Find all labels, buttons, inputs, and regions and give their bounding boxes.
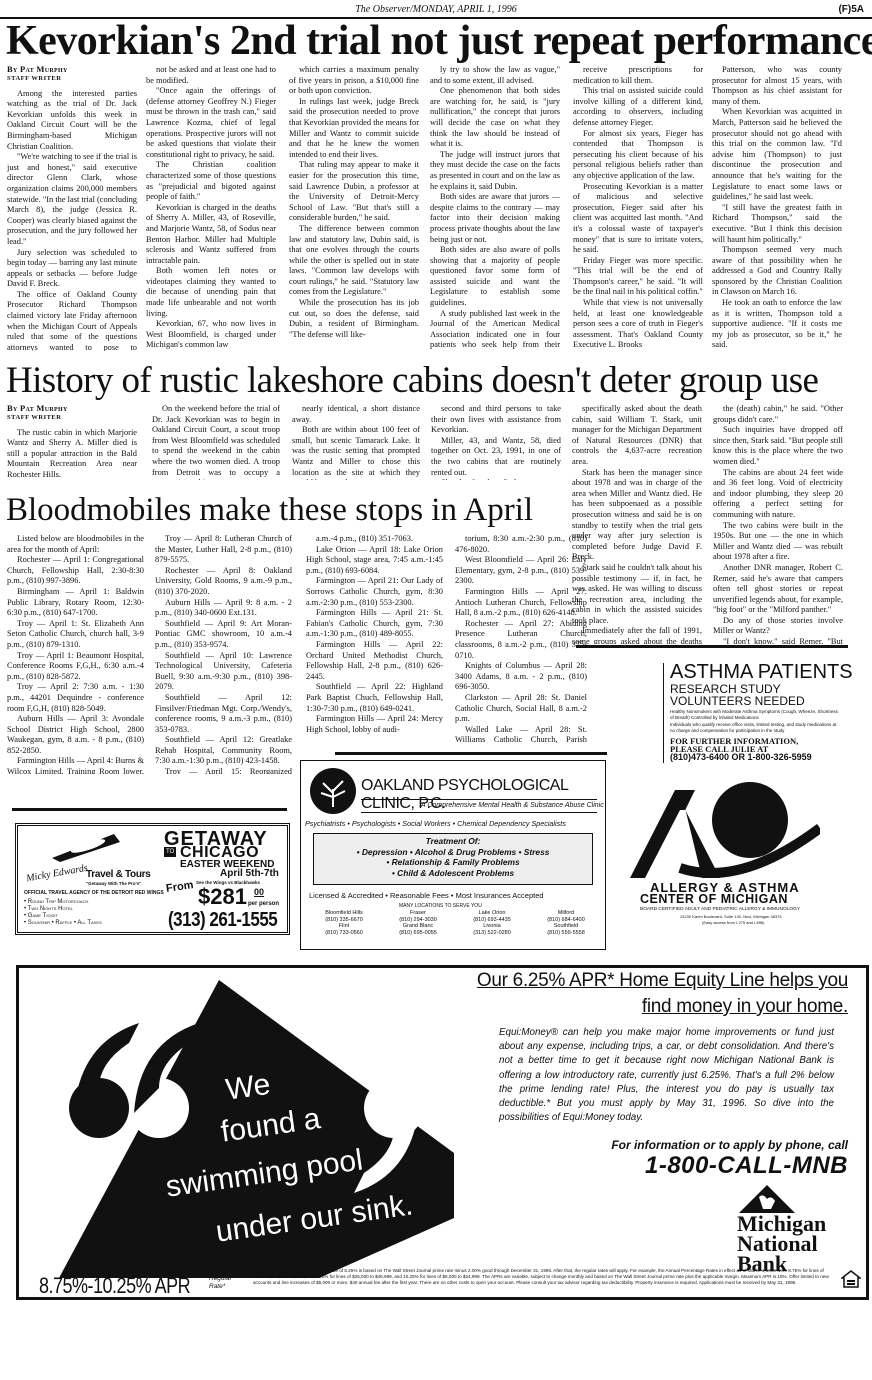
story1-col5: receive prescriptions for medication to … xyxy=(573,65,703,351)
story1-col1: By Pat Murphy STAFF WRITER Among the int… xyxy=(7,65,137,351)
clinic-locations-label: MANY LOCATIONS TO SERVE YOU xyxy=(399,903,482,909)
story1-headline: Kevorkian's 2nd trial not just repeat pe… xyxy=(6,20,872,62)
article-paragraph: second and third persons to take their o… xyxy=(431,404,561,436)
clinic-locations: Bloomfield Hills(810) 335-6670Fraser(810… xyxy=(307,910,603,936)
quote-line: We xyxy=(224,1070,272,1106)
article-paragraph: Patterson, who was county prosecutor for… xyxy=(712,65,842,107)
ad-oakland-clinic[interactable]: OAKLAND PSYCHOLOGICAL CLINIC, P.C. A Com… xyxy=(300,760,606,950)
getaway-dates: April 5th-7th xyxy=(220,869,279,879)
article-paragraph: Walled Lake — April 28: St. Williams Cat… xyxy=(455,725,587,744)
story3-headline: Bloodmobiles make these stops in April xyxy=(6,494,533,527)
article-paragraph: the (death) cabin," he said. "Other grou… xyxy=(713,404,843,425)
story2-col3: nearly identical, a short distance away.… xyxy=(292,404,420,480)
allergy-address: 24230 Karim Boulevard, Suite 130, Novi, … xyxy=(680,914,782,919)
motorcoach-icon xyxy=(48,832,123,862)
article-paragraph: not be asked and at least one had to be … xyxy=(146,65,276,86)
article-paragraph: Farmington Hills — April 27: Antioch Lut… xyxy=(455,587,587,619)
getaway-per: per person xyxy=(248,901,279,907)
article-paragraph: The cabins are about 24 feet wide and 36… xyxy=(713,468,843,521)
getaway-price: $281 xyxy=(198,886,247,908)
getaway-bullet: • Two Nights Hotel xyxy=(24,906,102,913)
article-paragraph: This trial on assisted suicide could inv… xyxy=(573,86,703,128)
article-paragraph: That ruling may appear to make it easier… xyxy=(289,160,419,224)
story3-col1: Listed below are bloodmobiles in the are… xyxy=(7,534,144,774)
story2-col4: second and third persons to take their o… xyxy=(431,404,561,480)
clinic-location: Southfield(810) 559-5558 xyxy=(529,923,603,936)
getaway-title: CHICAGO xyxy=(180,846,259,860)
clinic-location: Fraser(810) 294-3030 xyxy=(381,910,455,923)
asthma-body: Healthy Nonsmokers with Moderate Asthma … xyxy=(670,709,842,720)
story2-col6: the (death) cabin," he said. "Other grou… xyxy=(713,404,843,644)
ad-allergy-center[interactable]: ALLERGY & ASTHMA CENTER OF MICHIGAN BOAR… xyxy=(610,768,866,928)
article-paragraph: Farmington Hills — April 24: Mercy High … xyxy=(306,714,443,735)
treatment-title: Treatment Of: xyxy=(314,836,592,847)
article-paragraph: The difference between common law and st… xyxy=(289,224,419,298)
story2-col5: specifically asked about the death cabin… xyxy=(572,404,702,644)
article-paragraph: "I still have the greatest faith in Rich… xyxy=(712,203,842,245)
article-paragraph: Do any of those stories involve Miller o… xyxy=(713,616,843,637)
story1-col2: not be asked and at least one had to be … xyxy=(146,65,276,351)
bank-headline: Our 6.25% APR* Home Equity Line helps yo… xyxy=(477,970,848,992)
bank-cta: For information or to apply by phone, ca… xyxy=(611,1138,848,1152)
article-paragraph: which carries a maximum penalty of five … xyxy=(289,65,419,97)
getaway-from: From xyxy=(165,879,194,895)
getaway-agency: Travel & Tours xyxy=(86,869,151,880)
section-rule xyxy=(12,808,287,811)
article-paragraph: Both sides are also aware of polls showi… xyxy=(430,245,560,309)
article-paragraph: Auburn Hills — April 9: 8 a.m. - 2 p.m.,… xyxy=(155,598,292,619)
getaway-phone[interactable]: (313) 261-1555 xyxy=(168,909,277,931)
running-head: The Observer/MONDAY, APRIL 1, 1996 (F)5A xyxy=(0,0,872,18)
article-paragraph: The office of Oakland County Prosecutor … xyxy=(7,290,137,351)
asthma-subtitle: VOLUNTEERS NEEDED xyxy=(670,695,805,707)
article-paragraph: Farmington Hills — April 4: Burns & Wilc… xyxy=(7,756,144,774)
clinic-location: Grand Blanc(810) 695-0055 xyxy=(381,923,455,936)
article-paragraph: Friday Fieger was more specific. "This t… xyxy=(573,256,703,298)
article-paragraph: Southfield — April 12: Finsilver/Friedma… xyxy=(155,693,292,735)
tree-logo-icon xyxy=(309,767,357,815)
clinic-location: Bloomfield Hills(810) 335-6670 xyxy=(307,910,381,923)
clinic-location: Milford(810) 684-6400 xyxy=(529,910,603,923)
story1-byline-title: STAFF WRITER xyxy=(7,74,137,85)
story1-col4: ly try to show the law as vague," and to… xyxy=(430,65,560,351)
getaway-bullet: • Game Ticket xyxy=(24,913,102,920)
article-paragraph: While that view is not universally held,… xyxy=(573,298,703,351)
article-paragraph: Immediately after the fall of 1991, some… xyxy=(572,626,702,644)
article-paragraph: Rochester — April 8: Oakland University,… xyxy=(155,566,292,598)
article-paragraph: Miller, 43, and Wantz, 58, died together… xyxy=(431,436,561,478)
getaway-bullets: • Round Trip Motorcoach• Two Nights Hote… xyxy=(24,899,102,927)
article-paragraph: Rochester — April 1: Congregational Chur… xyxy=(7,555,144,587)
story1-col3: which carries a maximum penalty of five … xyxy=(289,65,419,351)
ad-michigan-national-bank[interactable]: We found a swimming pool under our sink.… xyxy=(16,965,869,1300)
article-paragraph: Stark has been the manager since about 1… xyxy=(572,468,702,563)
article-paragraph: Knights of Columbus — April 28: 3400 Ada… xyxy=(455,661,587,693)
article-paragraph: torium, 8:30 a.m.-2:30 p.m., (810) 476-8… xyxy=(455,534,587,555)
article-paragraph: The Christian coalition characterized so… xyxy=(146,160,276,202)
getaway-bullet: • Souvenir • Raffle • All Taxes xyxy=(24,920,102,927)
article-paragraph: "I don't know," said Remer. "But scary s… xyxy=(713,637,843,644)
bank-disclaimer: *The discounted introductory variable ra… xyxy=(253,1268,833,1287)
bank-headline: find money in your home. xyxy=(642,996,848,1018)
allergy-logo-icon xyxy=(620,768,820,878)
treatment-box: Treatment Of: • Depression • Alcohol & D… xyxy=(313,833,593,885)
clinic-location: Flint(810) 733-0560 xyxy=(307,923,381,936)
bank-apr-range: 8.75%-10.25% APR xyxy=(39,1273,190,1299)
treatment-item: • Depression • Alcohol & Drug Problems •… xyxy=(314,847,592,858)
article-paragraph: Troy — April 15: Reorganized Church of J… xyxy=(155,767,292,774)
article-paragraph: Southfield — April 22: Highland Park Bap… xyxy=(306,682,443,714)
treatment-item: • Child & Adolescent Problems xyxy=(314,868,592,879)
article-paragraph: The rustic cabin in which Marjorie Wantz… xyxy=(7,428,137,480)
clinic-footer: Licensed & Accredited • Reasonable Fees … xyxy=(309,891,544,900)
article-paragraph: Shortly after they died, groups xyxy=(431,478,561,480)
article-paragraph: One phenomenon that both sides are watch… xyxy=(430,86,560,150)
running-head-title: The Observer/MONDAY, APRIL 1, 1996 xyxy=(0,4,872,15)
article-paragraph: A study published last week in the Journ… xyxy=(430,309,560,351)
allergy-name: CENTER OF MICHIGAN xyxy=(640,893,788,906)
story3-col2: Troy — April 8: Lutheran Church of the M… xyxy=(155,534,292,774)
article-paragraph: Such inquiries have dropped off since th… xyxy=(713,425,843,467)
ad-getaway-chicago[interactable]: Micky Edwards Travel & Tours "Getaway Wi… xyxy=(15,823,290,935)
article-paragraph: Troy — April 2: 7:30 a.m. - 1:30 p.m., 4… xyxy=(7,682,144,714)
story2-col1: By Pat Murphy STAFF WRITER The rustic ca… xyxy=(7,404,137,480)
story3-col4: torium, 8:30 a.m.-2:30 p.m., (810) 476-8… xyxy=(455,534,587,744)
article-paragraph: Kevorkian, 67, who now lives in West Blo… xyxy=(146,319,276,351)
article-paragraph: Both sides are aware that jurors — despi… xyxy=(430,192,560,245)
article-paragraph: Farmington — April 21: Our Lady of Sorro… xyxy=(306,576,443,608)
story3-col3: a.m.-4 p.m., (810) 351-7063.Lake Orion —… xyxy=(306,534,443,744)
asthma-body: Individuals who qualify receive office v… xyxy=(670,722,842,733)
article-paragraph: Farmington Hills — April 21: St. Fabian'… xyxy=(306,608,443,640)
allergy-tagline: BOARD CERTIFIED ADULT AND PEDIATRIC ALLE… xyxy=(640,907,800,912)
article-paragraph: Troy — April 1: St. Elizabeth Ann Seton … xyxy=(7,619,144,651)
article-paragraph: Stark said he couldn't talk about his po… xyxy=(572,563,702,627)
article-paragraph: While the prosecution has its job cut ou… xyxy=(289,298,419,340)
story1-byline: By Pat Murphy xyxy=(7,65,137,74)
article-paragraph: Lake Orion — April 18: Lake Orion High S… xyxy=(306,545,443,577)
section-rule xyxy=(335,752,607,755)
clinic-location: Lake Orion(810) 693-4435 xyxy=(455,910,529,923)
ad-asthma-patients[interactable]: ASTHMA PATIENTS RESEARCH STUDY VOLUNTEER… xyxy=(610,655,866,765)
article-paragraph: specifically asked about the death cabin… xyxy=(572,404,702,468)
article-paragraph: nearly identical, a short distance away. xyxy=(292,404,420,425)
article-paragraph: Jury selection was scheduled to begin to… xyxy=(7,248,137,290)
story2-byline: By Pat Murphy xyxy=(7,404,137,413)
clinic-staff: Psychiatrists • Psychologists • Social W… xyxy=(305,819,566,828)
signature-icon: Micky Edwards xyxy=(26,863,89,885)
asthma-title: ASTHMA PATIENTS xyxy=(670,661,853,684)
article-paragraph: Another DNR manager, Robert C. Remer, sa… xyxy=(713,563,843,616)
article-paragraph: The two cabins were built in the 1950s. … xyxy=(713,521,843,563)
article-paragraph: a.m.-4 p.m., (810) 351-7063. xyxy=(306,534,443,545)
asthma-phone[interactable]: (810)473-6400 OR 1-800-326-5959 xyxy=(670,753,812,762)
article-paragraph: When Kevorkian was acquitted in March, P… xyxy=(712,107,842,202)
article-paragraph: Troy — April 1: Beaumont Hospital, Confe… xyxy=(7,651,144,683)
bank-brand: Michigan National Bank xyxy=(737,1214,826,1274)
article-paragraph: Thompson seemed very much aware of that … xyxy=(712,245,842,298)
article-paragraph: He took an oath to enforce the law as it… xyxy=(712,298,842,351)
article-paragraph: Rochester — April 27: Abiding Presence L… xyxy=(455,619,587,661)
article-paragraph: Among the interested parties watching as… xyxy=(7,89,137,153)
getaway-to: TO xyxy=(164,847,176,857)
story2-byline-title: STAFF WRITER xyxy=(7,413,137,424)
story2-headline: History of rustic lakeshore cabins doesn… xyxy=(6,362,818,399)
bank-phone[interactable]: 1-800-CALL-MNB xyxy=(645,1152,848,1180)
getaway-official: OFFICIAL TRAVEL AGENCY OF THE DETROIT RE… xyxy=(24,890,164,896)
article-paragraph: Listed below are bloodmobiles in the are… xyxy=(7,534,144,555)
page-number: (F)5A xyxy=(838,4,864,15)
article-paragraph: On the weekend before the trial of Dr. J… xyxy=(152,404,280,480)
allergy-directions: (Easy access from I-275 and I-696) xyxy=(702,920,764,925)
clinic-tagline: A Comprehensive Mental Health & Substanc… xyxy=(421,802,604,809)
getaway-cents: 00 xyxy=(254,887,264,897)
article-paragraph: Troy — April 8: Lutheran Church of the M… xyxy=(155,534,292,566)
article-paragraph: "We're watching to see if the trial is j… xyxy=(7,152,137,247)
article-paragraph: Prosecuting Kevorkian is a matter of mal… xyxy=(573,182,703,256)
article-paragraph: receive prescriptions for medication to … xyxy=(573,65,703,86)
bank-body: Equi:Money® can help you make major home… xyxy=(499,1026,834,1125)
story2-col2: On the weekend before the trial of Dr. J… xyxy=(152,404,280,480)
article-paragraph: ly try to show the law as vague," and to… xyxy=(430,65,560,86)
article-paragraph: In rulings last week, judge Breck said t… xyxy=(289,97,419,161)
article-paragraph: Farmington Hills — April 22: Orchard Uni… xyxy=(306,640,443,682)
article-paragraph: Clarkston — April 28: St. Daniel Catholi… xyxy=(455,693,587,725)
getaway-bullet: • Round Trip Motorcoach xyxy=(24,899,102,906)
getaway-slogan: "Getaway With The Pro's" xyxy=(86,881,141,886)
section-rule xyxy=(576,645,848,648)
article-paragraph: West Bloomfield — April 26: Ealy Element… xyxy=(455,555,587,587)
equal-housing-lender-icon xyxy=(841,1270,861,1288)
article-paragraph: Southfield — April 9: Art Moran-Pontiac … xyxy=(155,619,292,651)
bank-apr-label: Regular Rate* xyxy=(209,1275,237,1291)
article-paragraph: Southfield — April 12: Greatlake Rehab H… xyxy=(155,735,292,767)
article-paragraph: Birmingham — April 1: Baldwin Public Lib… xyxy=(7,587,144,619)
story1-col6: Patterson, who was county prosecutor for… xyxy=(712,65,842,351)
article-paragraph: Kevorkian is charged in the deaths of Sh… xyxy=(146,203,276,267)
article-paragraph: For almost six years, Fieger has contend… xyxy=(573,129,703,182)
clinic-location: Livonia(313) 522-0280 xyxy=(455,923,529,936)
treatment-item: • Relationship & Family Problems xyxy=(314,857,592,868)
article-paragraph: Auburn Hills — April 3: Avondale School … xyxy=(7,714,144,756)
article-paragraph: "Once again the offerings of (defense at… xyxy=(146,86,276,160)
article-paragraph: The judge will instruct jurors that they… xyxy=(430,150,560,192)
article-paragraph: Southfield — April 10: Lawrence Technolo… xyxy=(155,651,292,693)
article-paragraph: Both are within about 100 feet of small,… xyxy=(292,425,420,480)
article-paragraph: Both women left notes or videotapes clai… xyxy=(146,266,276,319)
